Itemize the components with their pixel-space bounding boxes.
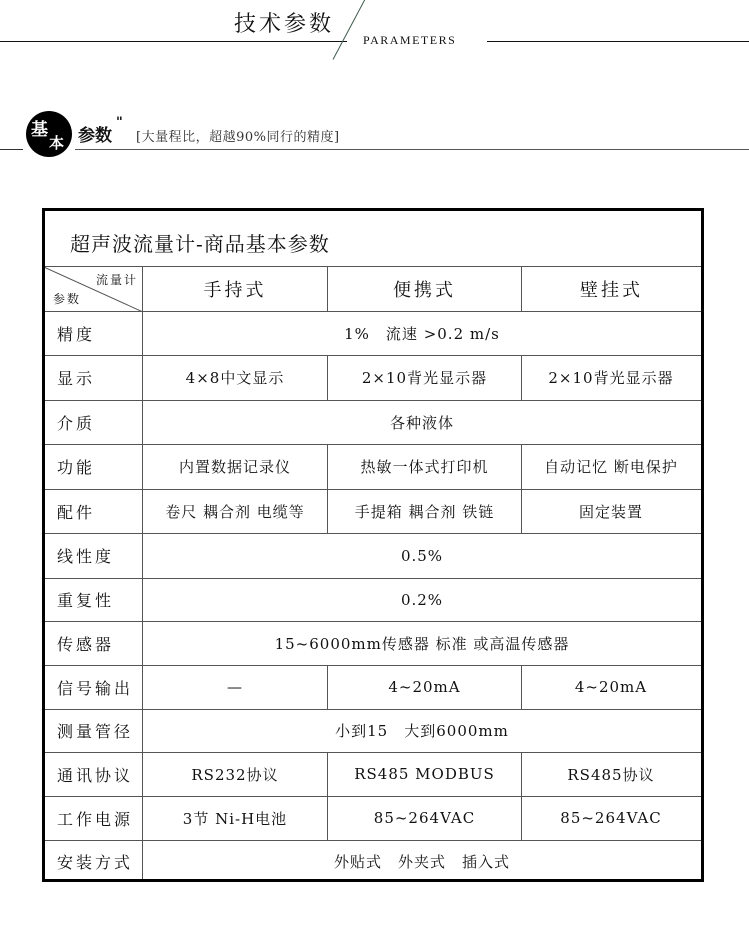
column-divider	[521, 355, 522, 400]
column-divider	[327, 489, 328, 533]
row-value-spanning: 1% 流速 >0.2 m/s	[143, 311, 701, 355]
header-slash-divider	[333, 0, 371, 60]
row-label: 精度	[45, 311, 142, 355]
corner-label-rows: 参数	[53, 290, 81, 307]
corner-header-cell: 流量计 参数	[45, 267, 142, 311]
row-value-cell: —	[143, 665, 327, 709]
row-value-cell: 固定装置	[522, 489, 700, 533]
page-title: 技术参数	[234, 7, 334, 38]
table-title: 超声波流量计-商品基本参数	[45, 211, 701, 266]
section-badge: 基 本	[26, 111, 72, 157]
row-label: 重复性	[45, 578, 142, 621]
row-label: 通讯协议	[45, 752, 142, 796]
section-badge-top: 基	[31, 115, 48, 140]
row-value-spanning: 15~6000mm传感器 标准 或高温传感器	[143, 621, 701, 665]
title-divider-line	[45, 266, 701, 267]
row-value-cell: 4~20mA	[522, 665, 700, 709]
row-value-cell: 3节 Ni-H电池	[143, 796, 327, 840]
row-label: 线性度	[45, 533, 142, 578]
row-value-cell: 2×10背光显示器	[522, 355, 700, 400]
section-quote-mark: "	[116, 115, 123, 130]
spec-table: 超声波流量计-商品基本参数 流量计 参数 手持式 便携式 壁挂式 精度1% 流速…	[42, 208, 704, 882]
section-line-left	[0, 149, 23, 150]
row-value-cell: RS232协议	[143, 752, 327, 796]
row-value-cell: 自动记忆 断电保护	[522, 444, 700, 489]
row-value-cell: 2×10背光显示器	[328, 355, 521, 400]
row-label: 传感器	[45, 621, 142, 665]
column-divider	[327, 355, 328, 400]
corner-label-columns: 流量计	[96, 271, 138, 288]
column-divider	[521, 796, 522, 840]
row-value-cell: 4~20mA	[328, 665, 521, 709]
table-title-text: 超声波流量计-商品基本参数	[70, 228, 330, 257]
row-label: 介质	[45, 400, 142, 444]
row-value-cell: 手提箱 耦合剂 铁链	[328, 489, 521, 533]
row-label: 信号输出	[45, 665, 142, 709]
header-line-right	[487, 41, 749, 42]
row-value-cell: RS485协议	[522, 752, 700, 796]
section-badge-bottom: 本	[49, 132, 64, 153]
row-value-cell: 4×8中文显示	[143, 355, 327, 400]
column-divider	[327, 752, 328, 796]
row-value-cell: RS485 MODBUS	[328, 752, 521, 796]
row-value-cell: 85~264VAC	[328, 796, 521, 840]
row-value-cell: 85~264VAC	[522, 796, 700, 840]
column-header-wall-mounted: 壁挂式	[522, 267, 701, 311]
row-value-spanning: 0.2%	[143, 578, 701, 621]
row-label: 工作电源	[45, 796, 142, 840]
column-divider	[327, 444, 328, 489]
row-value-cell: 卷尺 耦合剂 电缆等	[143, 489, 327, 533]
column-divider	[521, 444, 522, 489]
row-label: 显示	[45, 355, 142, 400]
section-line-right	[75, 149, 749, 150]
header-line-left	[0, 41, 347, 42]
row-label: 功能	[45, 444, 142, 489]
column-header-portable: 便携式	[328, 267, 521, 311]
section-note: [大量程比，超越90%同行的精度]	[136, 126, 340, 145]
row-value-spanning: 各种液体	[143, 400, 701, 444]
row-label: 安装方式	[45, 840, 142, 883]
column-divider	[521, 267, 522, 311]
row-label: 测量管径	[45, 709, 142, 752]
row-value-spanning: 小到15 大到6000mm	[143, 709, 701, 752]
column-divider	[521, 752, 522, 796]
row-value-cell: 内置数据记录仪	[143, 444, 327, 489]
column-divider	[327, 665, 328, 709]
column-divider	[521, 665, 522, 709]
column-divider	[327, 267, 328, 311]
section-title: 参数	[78, 121, 112, 146]
page-subtitle: PARAMETERS	[363, 33, 456, 48]
column-divider	[327, 796, 328, 840]
column-header-handheld: 手持式	[143, 267, 327, 311]
row-label: 配件	[45, 489, 142, 533]
row-value-cell: 热敏一体式打印机	[328, 444, 521, 489]
row-value-spanning: 外贴式 外夹式 插入式	[143, 840, 701, 883]
row-value-spanning: 0.5%	[143, 533, 701, 578]
column-divider	[521, 489, 522, 533]
